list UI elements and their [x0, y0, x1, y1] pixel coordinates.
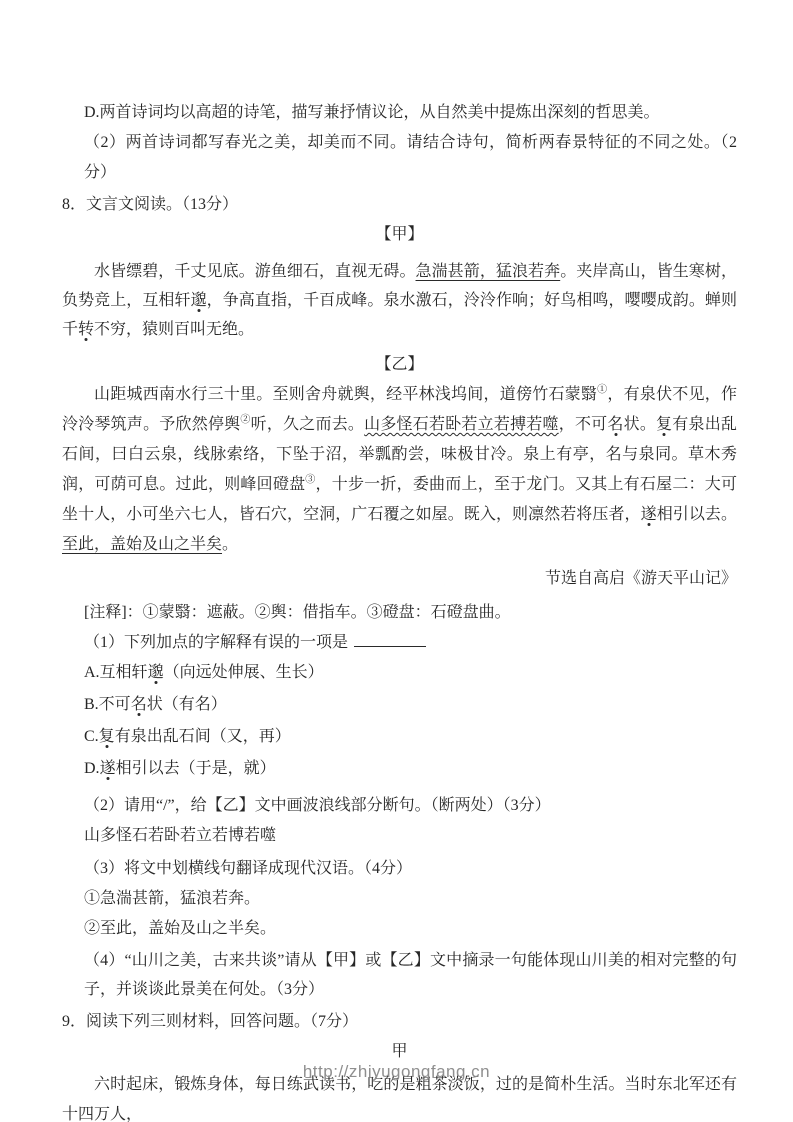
yi-seg-3: 听，久之而去。	[251, 416, 365, 433]
passage-yi: 山距城西南水行三十里。至则舍舟就舆，经平林浅坞间，道傍竹石蒙翳①，有泉伏不见，作…	[62, 380, 737, 560]
yi-seg-4: ，不可	[559, 416, 608, 433]
q7-option-d: D.两首诗词均以高超的诗笔，描写兼抒情议论，从自然美中提炼出深刻的哲思美。	[62, 98, 737, 128]
jia-seg-4: 不穷，猿则百叫无绝。	[94, 321, 254, 338]
passage-source: 节选自高启《游天平山记》	[62, 564, 737, 594]
yi-underlined-phrase: 至此，盖始及山之半矣	[62, 536, 222, 553]
q8-notes: [注释]：①蒙翳：遮蔽。②舆：借指车。③磴盘：石磴盘曲。	[62, 598, 737, 628]
q8-yi-heading: 【乙】	[62, 350, 737, 380]
q8-sub1-option-b: B.不可名状（有名）	[62, 690, 737, 720]
yi-seg-8: 相引以去。	[657, 506, 737, 523]
yi-seg-5: 状。	[624, 416, 656, 433]
q8-jia-heading: 【甲】	[62, 220, 737, 250]
q9-title: 9．阅读下列三则材料，回答问题。（7分）	[62, 1007, 737, 1037]
yi-dotted-char-ming: 名	[607, 416, 623, 433]
jia-dotted-char-zhuan: 转	[78, 321, 94, 338]
option-b-pre: B.不可	[84, 696, 131, 713]
yi-wavy-phrase: 山多怪石若卧若立若搏若噬	[364, 416, 559, 433]
yi-dotted-char-sui: 遂	[641, 506, 657, 523]
option-d-post: 相引以去（于是，就）	[116, 760, 276, 777]
q7-sub2: （2）两首诗词都写春光之美，却美而不同。请结合诗句，简析两春景特征的不同之处。（…	[62, 128, 737, 188]
option-b-dotted-char: 名	[131, 696, 147, 713]
q8-sub2-stem: （2）请用“/”，给【乙】文中画波浪线部分断句。（断两处）（3分）	[62, 791, 737, 821]
yi-seg-9: 。	[222, 536, 238, 553]
note-ref-1: ①	[597, 385, 607, 396]
option-c-dotted-char: 复	[99, 728, 115, 745]
yi-dotted-char-fu: 复	[656, 416, 672, 433]
option-b-post: 状（有名）	[147, 696, 227, 713]
jia-seg-1: 水皆缥碧，千丈见底。游鱼细石，直视无碍。	[94, 263, 416, 280]
q8-sub1-option-c: C.复有泉出乱石间（又，再）	[62, 722, 737, 752]
jia-underlined-phrase: 急湍甚箭，猛浪若奔	[416, 263, 561, 280]
q8-sub3-item1: ①急湍甚箭，猛浪若奔。	[62, 884, 737, 914]
q8-sub3-item2: ②至此，盖始及山之半矣。	[62, 914, 737, 944]
option-c-post: 有泉出乱石间（又，再）	[115, 728, 291, 745]
answer-blank	[354, 630, 426, 647]
exam-paper-page: D.两首诗词均以高超的诗笔，描写兼抒情议论，从自然美中提炼出深刻的哲思美。 （2…	[0, 0, 793, 1122]
passage-jia: 水皆缥碧，千丈见底。游鱼细石，直视无碍。急湍甚箭，猛浪若奔。夹岸高山，皆生寒树，…	[62, 257, 737, 344]
q8-sub1-option-a: A.互相轩邈（向远处伸展、生长）	[62, 658, 737, 688]
q8-sub1-option-d: D.遂相引以去（于是，就）	[62, 754, 737, 784]
option-a-dotted-char: 邈	[148, 664, 164, 681]
q8-sub3-stem: （3）将文中划横线句翻译成现代汉语。（4分）	[62, 854, 737, 884]
option-a-post: （向远处伸展、生长）	[164, 664, 324, 681]
option-c-pre: C.	[84, 728, 99, 745]
jia-dotted-char-miao: 邈	[191, 292, 207, 309]
footer-url: http://zhiyugongfang.cn	[0, 1062, 793, 1082]
option-a-pre: A.互相轩	[84, 664, 148, 681]
yi-seg-1: 山距城西南水行三十里。至则舍舟就舆，经平林浅坞间，道傍竹石蒙翳	[94, 386, 597, 403]
note-ref-3: ③	[305, 475, 315, 486]
option-d-pre: D.	[84, 760, 100, 777]
q8-sub4: （4）“山川之美，古来共谈”请从【甲】或【乙】文中摘录一句能体现山川美的相对完整…	[62, 946, 737, 1004]
q8-sub1-stem: （1）下列加点的字解释有误的一项是	[62, 628, 737, 658]
note-ref-2: ②	[240, 415, 250, 426]
q8-sub2-sentence: 山多怪石若卧若立若博若噬	[62, 821, 737, 851]
q8-title: 8．文言文阅读。（13分）	[62, 190, 737, 220]
option-d-dotted-char: 遂	[100, 760, 116, 777]
q8-sub1-stem-text: （1）下列加点的字解释有误的一项是	[84, 634, 348, 651]
